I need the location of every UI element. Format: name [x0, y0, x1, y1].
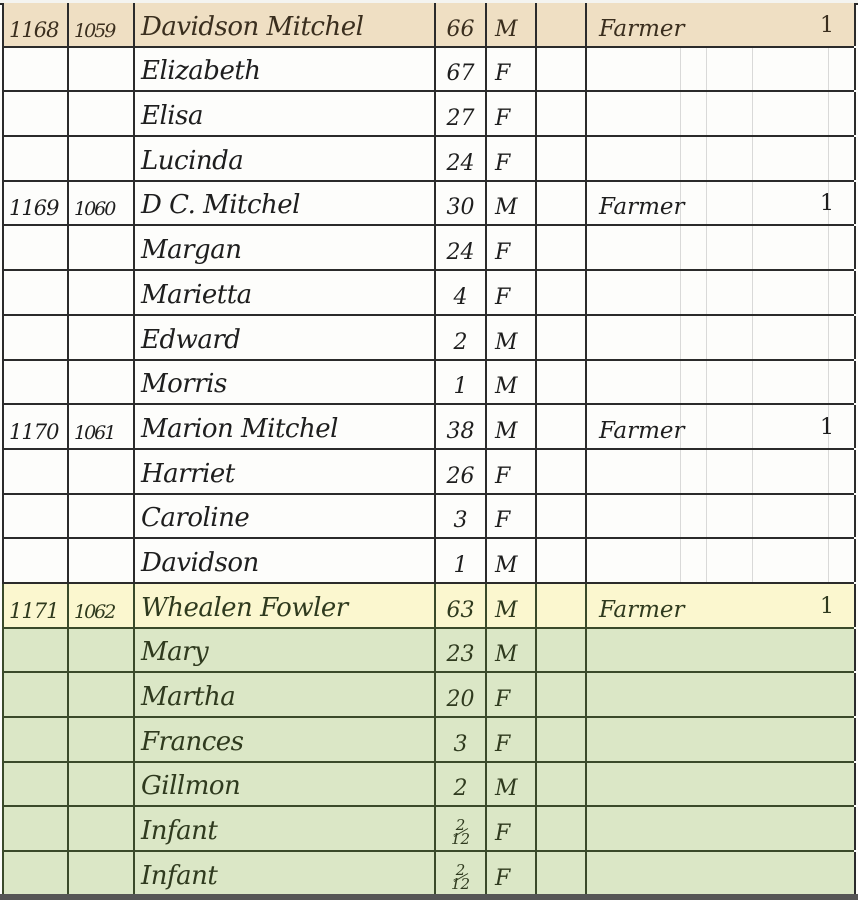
tally-mark: 1 [820, 594, 834, 619]
person-occupation [585, 361, 854, 404]
person-sex: M [485, 763, 535, 806]
person-occupation: Farmer 1 [585, 584, 854, 627]
dwelling-number: 1171 [2, 584, 67, 627]
right-border [854, 48, 856, 91]
person-sex: F [485, 718, 535, 761]
census-row: Infant 212 F [2, 852, 854, 897]
person-sex: F [485, 48, 535, 91]
person-occupation [585, 92, 854, 135]
person-age: 27 [434, 92, 485, 135]
right-border [854, 182, 856, 225]
right-border [854, 495, 856, 538]
census-row: Caroline 3 F [2, 495, 854, 540]
person-color [535, 361, 585, 404]
census-row: 1170 1061 Marion Mitchel 38 M Farmer 1 [2, 405, 854, 450]
dwelling-number [2, 137, 67, 180]
family-number [67, 316, 133, 359]
person-occupation: Farmer 1 [585, 405, 854, 448]
right-border [854, 316, 856, 359]
census-row: Morris 1 M [2, 361, 854, 406]
person-name: Davidson Mitchel [133, 3, 434, 46]
family-number: 1060 [67, 182, 133, 225]
family-number [67, 226, 133, 269]
dwelling-number: 1168 [2, 3, 67, 46]
dwelling-number [2, 92, 67, 135]
dwelling-number [2, 539, 67, 582]
occupation-text: Farmer [599, 16, 685, 42]
person-occupation [585, 763, 854, 806]
person-age: 38 [434, 405, 485, 448]
family-number [67, 92, 133, 135]
right-border [854, 673, 856, 716]
person-age: 24 [434, 226, 485, 269]
person-occupation [585, 539, 854, 582]
person-occupation [585, 226, 854, 269]
person-age: 212 [434, 852, 485, 895]
right-border [854, 807, 856, 850]
census-row: Martha 20 F [2, 673, 854, 718]
right-border [854, 405, 856, 448]
family-number [67, 361, 133, 404]
person-sex: F [485, 271, 535, 314]
census-row: Frances 3 F [2, 718, 854, 763]
dwelling-number [2, 271, 67, 314]
person-sex: F [485, 450, 535, 493]
right-border [854, 137, 856, 180]
person-age: 1 [434, 361, 485, 404]
person-age: 3 [434, 495, 485, 538]
person-color [535, 3, 585, 46]
dwelling-number [2, 718, 67, 761]
person-color [535, 852, 585, 895]
person-age: 67 [434, 48, 485, 91]
person-color [535, 584, 585, 627]
right-border [854, 271, 856, 314]
family-number: 1061 [67, 405, 133, 448]
person-sex: M [485, 182, 535, 225]
family-number [67, 495, 133, 538]
person-occupation [585, 495, 854, 538]
dwelling-number [2, 673, 67, 716]
dwelling-number [2, 495, 67, 538]
person-name: Caroline [133, 495, 434, 538]
person-name: Margan [133, 226, 434, 269]
person-sex: M [485, 3, 535, 46]
tally-mark: 1 [820, 13, 834, 38]
person-color [535, 92, 585, 135]
family-number [67, 271, 133, 314]
occupation-text: Farmer [599, 194, 685, 220]
dwelling-number [2, 226, 67, 269]
person-color [535, 48, 585, 91]
family-number [67, 629, 133, 672]
dwelling-number [2, 629, 67, 672]
dwelling-number [2, 763, 67, 806]
person-age: 26 [434, 450, 485, 493]
person-sex: F [485, 852, 535, 895]
person-age: 4 [434, 271, 485, 314]
right-border [854, 3, 856, 46]
person-occupation [585, 673, 854, 716]
right-border [854, 361, 856, 404]
person-age: 20 [434, 673, 485, 716]
census-row: 1168 1059 Davidson Mitchel 66 M Farmer 1 [2, 3, 854, 48]
person-age: 24 [434, 137, 485, 180]
right-border [854, 718, 856, 761]
person-sex: F [485, 226, 535, 269]
census-page: 1168 1059 Davidson Mitchel 66 M Farmer 1… [0, 0, 858, 900]
person-name: Marietta [133, 271, 434, 314]
person-name: Morris [133, 361, 434, 404]
family-number [67, 450, 133, 493]
family-number [67, 763, 133, 806]
census-ledger-table: 1168 1059 Davidson Mitchel 66 M Farmer 1… [2, 3, 854, 897]
family-number [67, 137, 133, 180]
person-sex: F [485, 807, 535, 850]
family-number [67, 718, 133, 761]
person-name: Infant [133, 807, 434, 850]
family-number [67, 539, 133, 582]
person-name: Infant [133, 852, 434, 895]
person-name: Harriet [133, 450, 434, 493]
person-occupation [585, 807, 854, 850]
person-sex: M [485, 361, 535, 404]
dwelling-number [2, 316, 67, 359]
fractional-age: 212 [451, 864, 470, 891]
person-name: Martha [133, 673, 434, 716]
person-name: Elisa [133, 92, 434, 135]
person-name: Davidson [133, 539, 434, 582]
person-age: 2 [434, 763, 485, 806]
person-sex: F [485, 92, 535, 135]
fractional-age: 212 [451, 819, 470, 846]
person-color [535, 405, 585, 448]
page-bottom-edge [0, 894, 858, 900]
right-border [854, 763, 856, 806]
tally-mark: 1 [820, 415, 834, 440]
person-sex: M [485, 405, 535, 448]
person-color [535, 718, 585, 761]
person-color [535, 629, 585, 672]
person-occupation [585, 852, 854, 895]
right-border [854, 629, 856, 672]
person-age: 63 [434, 584, 485, 627]
person-color [535, 226, 585, 269]
right-border [854, 450, 856, 493]
person-name: Frances [133, 718, 434, 761]
person-color [535, 495, 585, 538]
tally-mark: 1 [820, 191, 834, 216]
census-row: Infant 212 F [2, 807, 854, 852]
person-occupation: Farmer 1 [585, 3, 854, 46]
person-sex: F [485, 137, 535, 180]
family-number: 1062 [67, 584, 133, 627]
dwelling-number [2, 450, 67, 493]
person-name: Mary [133, 629, 434, 672]
family-number [67, 48, 133, 91]
person-age: 1 [434, 539, 485, 582]
person-age: 23 [434, 629, 485, 672]
census-row: Davidson 1 M [2, 539, 854, 584]
person-occupation [585, 629, 854, 672]
person-name: Whealen Fowler [133, 584, 434, 627]
person-occupation: Farmer 1 [585, 182, 854, 225]
person-occupation [585, 718, 854, 761]
person-name: Gillmon [133, 763, 434, 806]
person-sex: M [485, 629, 535, 672]
person-occupation [585, 450, 854, 493]
person-color [535, 316, 585, 359]
person-name: Edward [133, 316, 434, 359]
dwelling-number: 1169 [2, 182, 67, 225]
census-row: 1169 1060 D C. Mitchel 30 M Farmer 1 [2, 182, 854, 227]
person-age: 66 [434, 3, 485, 46]
dwelling-number: 1170 [2, 405, 67, 448]
family-number [67, 673, 133, 716]
person-color [535, 539, 585, 582]
person-age: 30 [434, 182, 485, 225]
person-occupation [585, 271, 854, 314]
person-sex: F [485, 673, 535, 716]
occupation-text: Farmer [599, 418, 685, 444]
dwelling-number [2, 852, 67, 895]
person-age: 3 [434, 718, 485, 761]
census-row: Edward 2 M [2, 316, 854, 361]
person-occupation [585, 48, 854, 91]
person-color [535, 673, 585, 716]
dwelling-number [2, 48, 67, 91]
person-color [535, 807, 585, 850]
person-sex: M [485, 584, 535, 627]
person-age: 212 [434, 807, 485, 850]
dwelling-number [2, 807, 67, 850]
person-name: D C. Mitchel [133, 182, 434, 225]
census-row: Lucinda 24 F [2, 137, 854, 182]
family-number [67, 807, 133, 850]
person-name: Lucinda [133, 137, 434, 180]
person-name: Elizabeth [133, 48, 434, 91]
census-row: Mary 23 M [2, 629, 854, 674]
census-row: Margan 24 F [2, 226, 854, 271]
census-row: Marietta 4 F [2, 271, 854, 316]
right-border [854, 92, 856, 135]
census-row: Elizabeth 67 F [2, 48, 854, 93]
right-border [854, 852, 856, 895]
person-sex: M [485, 316, 535, 359]
family-number: 1059 [67, 3, 133, 46]
census-row: Elisa 27 F [2, 92, 854, 137]
person-name: Marion Mitchel [133, 405, 434, 448]
person-occupation [585, 137, 854, 180]
person-color [535, 271, 585, 314]
census-row: Harriet 26 F [2, 450, 854, 495]
person-color [535, 450, 585, 493]
person-occupation [585, 316, 854, 359]
right-border [854, 226, 856, 269]
right-border [854, 539, 856, 582]
person-color [535, 137, 585, 180]
family-number [67, 852, 133, 895]
person-age: 2 [434, 316, 485, 359]
occupation-text: Farmer [599, 597, 685, 623]
person-color [535, 182, 585, 225]
census-row: Gillmon 2 M [2, 763, 854, 808]
dwelling-number [2, 361, 67, 404]
census-row: 1171 1062 Whealen Fowler 63 M Farmer 1 [2, 584, 854, 629]
person-sex: M [485, 539, 535, 582]
person-sex: F [485, 495, 535, 538]
right-border [854, 584, 856, 627]
person-color [535, 763, 585, 806]
